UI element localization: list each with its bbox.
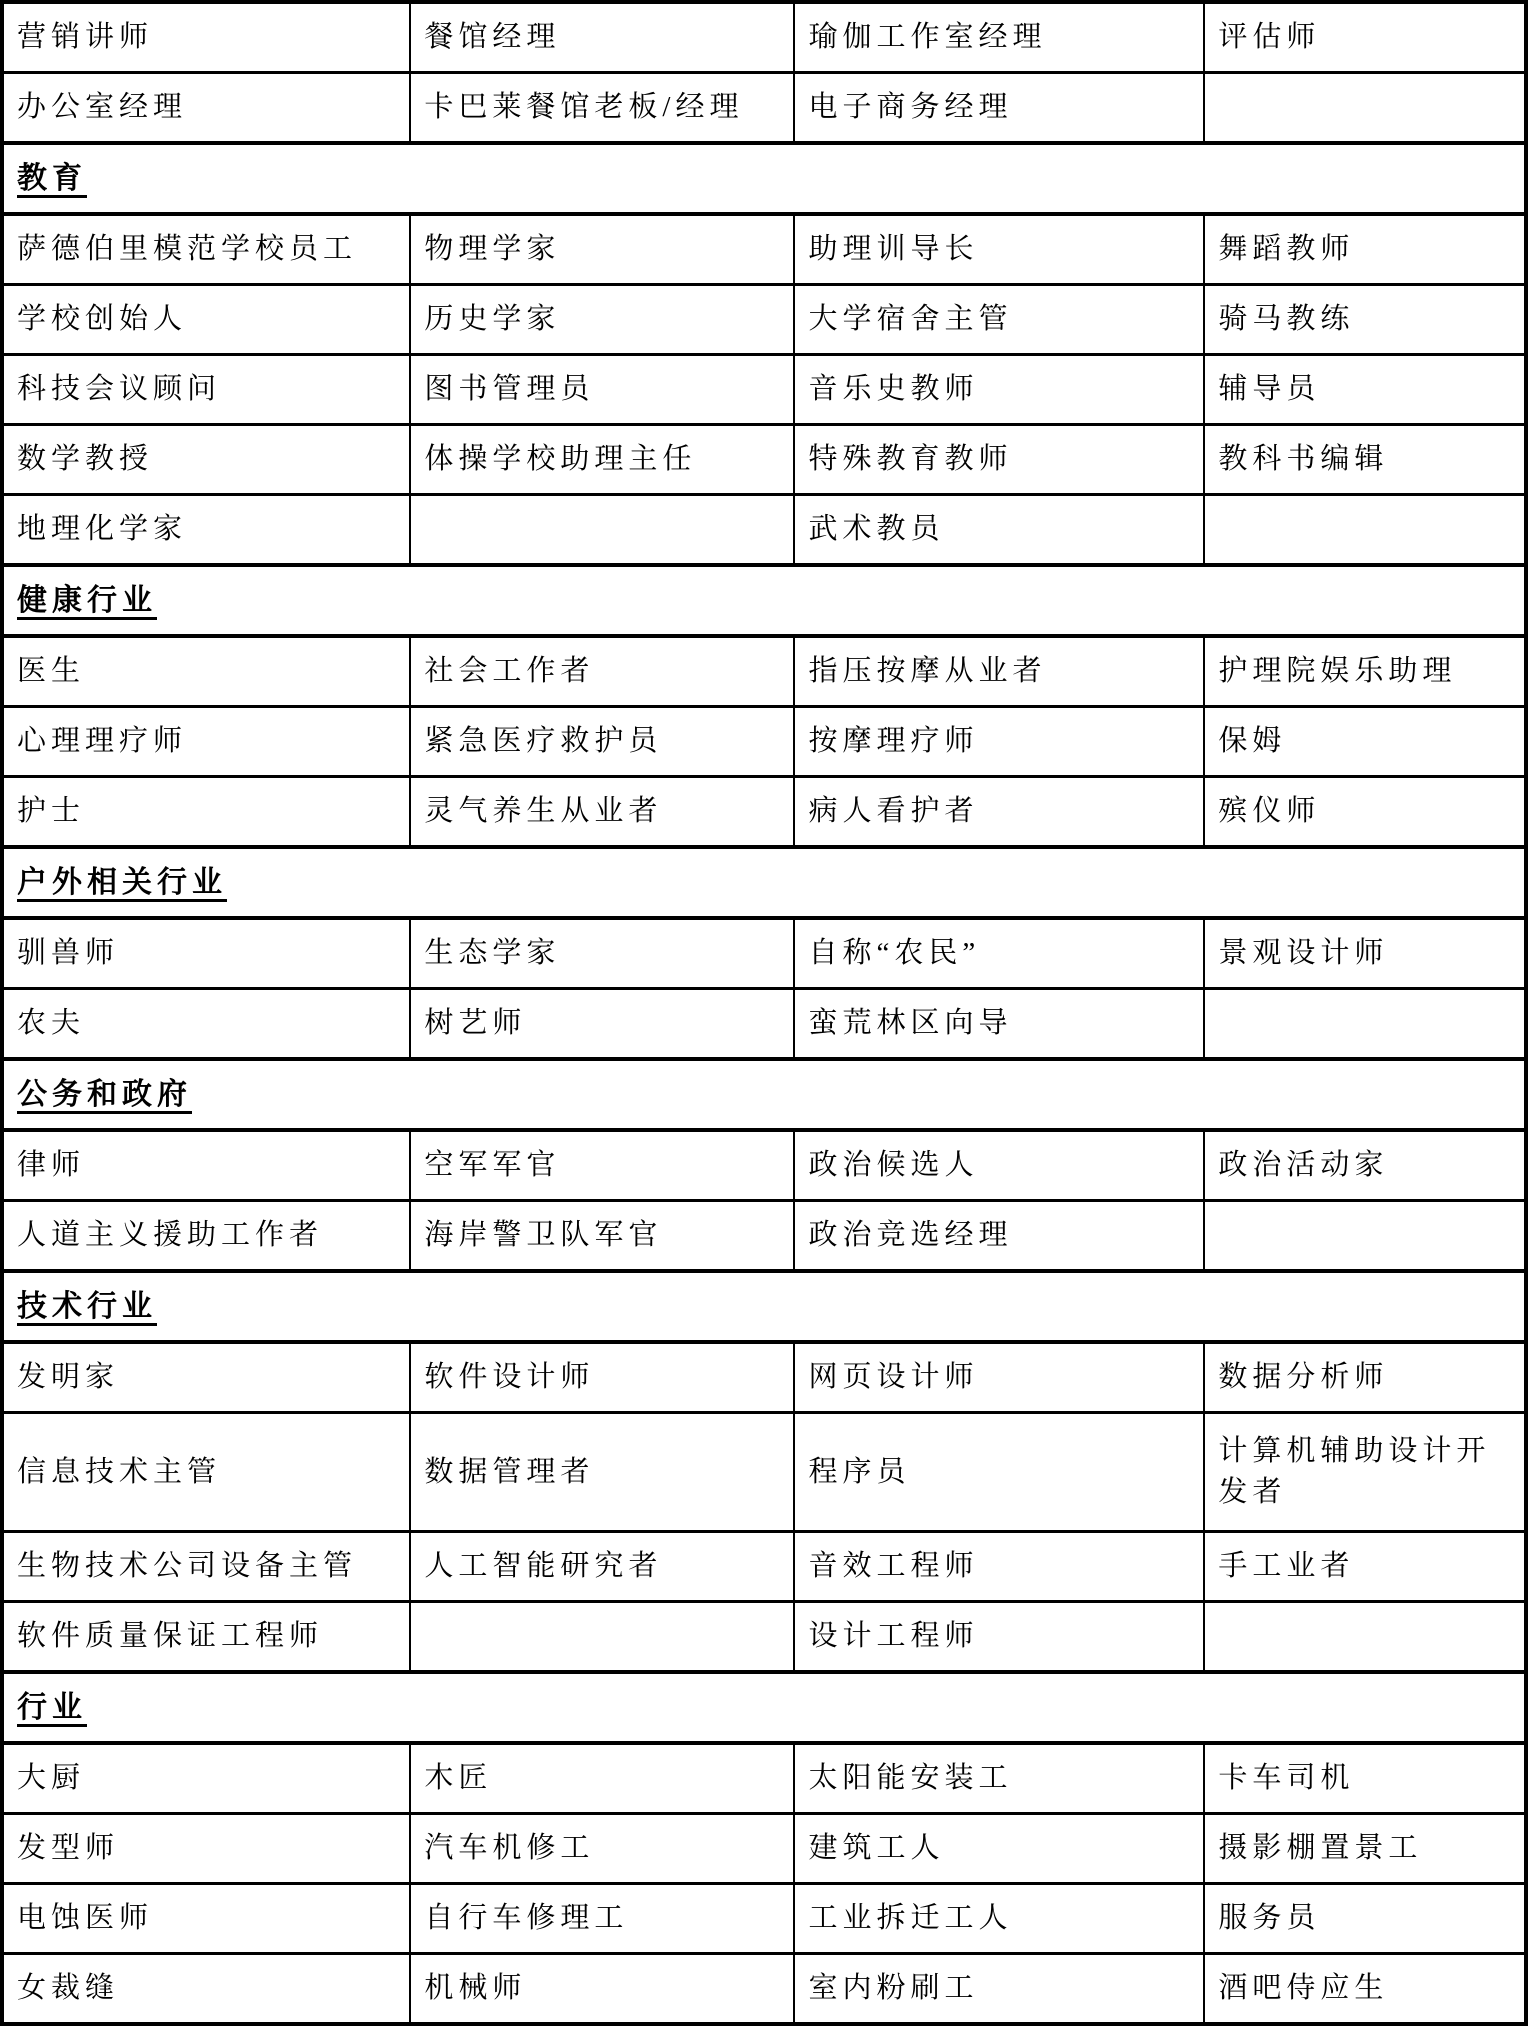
occupation-cell: 教科书编辑 [1204,425,1526,495]
occupation-cell: 自行车修理工 [410,1884,794,1954]
occupation-cell: 软件质量保证工程师 [2,1602,410,1673]
occupation-cell: 生物技术公司设备主管 [2,1532,410,1602]
occupation-cell: 紧急医疗救护员 [410,707,794,777]
occupation-cell: 护理院娱乐助理 [1204,636,1526,707]
occupation-cell: 武术教员 [794,495,1204,566]
table-row: 数学教授体操学校助理主任特殊教育教师教科书编辑 [2,425,1526,495]
occupation-cell: 科技会议顾问 [2,355,410,425]
occupation-cell [410,495,794,566]
occupation-cell: 汽车机修工 [410,1814,794,1884]
section-title: 技术行业 [17,1290,157,1323]
occupation-cell: 地理化学家 [2,495,410,566]
occupation-cell: 大厨 [2,1743,410,1814]
occupation-cell: 辅导员 [1204,355,1526,425]
occupation-cell: 发明家 [2,1342,410,1413]
occupation-cell: 手工业者 [1204,1532,1526,1602]
occupation-cell: 大学宿舍主管 [794,285,1204,355]
occupation-cell [1204,73,1526,144]
occupation-cell: 机械师 [410,1954,794,2025]
occupation-cell: 音效工程师 [794,1532,1204,1602]
table-row: 营销讲师餐馆经理瑜伽工作室经理评估师 [2,2,1526,73]
occupation-cell: 驯兽师 [2,918,410,989]
section-title: 教育 [17,162,87,195]
table-row: 律师空军军官政治候选人政治活动家 [2,1130,1526,1201]
occupation-cell: 景观设计师 [1204,918,1526,989]
occupation-cell: 电蚀医师 [2,1884,410,1954]
occupation-cell: 程序员 [794,1413,1204,1532]
occupation-cell: 太阳能安装工 [794,1743,1204,1814]
occupation-cell: 蛮荒林区向导 [794,989,1204,1060]
occupation-cell [1204,495,1526,566]
occupation-cell: 发型师 [2,1814,410,1884]
occupation-cell: 护士 [2,777,410,848]
occupation-cell [410,1602,794,1673]
table-row: 心理理疗师紧急医疗救护员按摩理疗师保姆 [2,707,1526,777]
occupation-cell: 营销讲师 [2,2,410,73]
table-row: 科技会议顾问图书管理员音乐史教师辅导员 [2,355,1526,425]
occupation-cell: 生态学家 [410,918,794,989]
occupation-cell: 指压按摩从业者 [794,636,1204,707]
occupation-cell: 自称“农民” [794,918,1204,989]
occupation-cell: 人工智能研究者 [410,1532,794,1602]
section-row: 健康行业 [2,565,1526,636]
occupation-cell: 海岸警卫队军官 [410,1201,794,1272]
section-header-cell: 技术行业 [2,1271,1526,1342]
section-header-cell: 行业 [2,1672,1526,1743]
occupation-cell: 社会工作者 [410,636,794,707]
occupation-cell: 空军军官 [410,1130,794,1201]
occupation-cell: 女裁缝 [2,1954,410,2025]
occupation-cell: 助理训导长 [794,214,1204,285]
section-row: 教育 [2,143,1526,214]
occupation-cell: 数据分析师 [1204,1342,1526,1413]
occupation-cell: 骑马教练 [1204,285,1526,355]
occupations-table: 营销讲师餐馆经理瑜伽工作室经理评估师办公室经理卡巴莱餐馆老板/经理电子商务经理教… [0,0,1528,2026]
occupation-cell: 瑜伽工作室经理 [794,2,1204,73]
table-row: 发型师汽车机修工建筑工人摄影棚置景工 [2,1814,1526,1884]
occupation-cell: 工业拆迁工人 [794,1884,1204,1954]
occupation-cell: 餐馆经理 [410,2,794,73]
section-row: 技术行业 [2,1271,1526,1342]
table-row: 护士灵气养生从业者病人看护者殡仪师 [2,777,1526,848]
occupation-cell: 学校创始人 [2,285,410,355]
table-row: 大厨木匠太阳能安装工卡车司机 [2,1743,1526,1814]
occupation-cell: 卡车司机 [1204,1743,1526,1814]
occupation-cell: 图书管理员 [410,355,794,425]
occupation-cell [1204,989,1526,1060]
section-title: 公务和政府 [17,1078,192,1111]
section-header-cell: 户外相关行业 [2,847,1526,918]
occupation-cell: 人道主义援助工作者 [2,1201,410,1272]
occupation-cell: 电子商务经理 [794,73,1204,144]
occupation-cell: 保姆 [1204,707,1526,777]
occupation-cell: 建筑工人 [794,1814,1204,1884]
occupation-cell: 酒吧侍应生 [1204,1954,1526,2025]
table-row: 学校创始人历史学家大学宿舍主管骑马教练 [2,285,1526,355]
occupation-cell: 木匠 [410,1743,794,1814]
occupation-cell: 特殊教育教师 [794,425,1204,495]
occupation-cell: 历史学家 [410,285,794,355]
occupation-cell: 数据管理者 [410,1413,794,1532]
occupation-cell: 病人看护者 [794,777,1204,848]
table-row: 软件质量保证工程师设计工程师 [2,1602,1526,1673]
occupation-cell: 律师 [2,1130,410,1201]
occupations-table-body: 营销讲师餐馆经理瑜伽工作室经理评估师办公室经理卡巴莱餐馆老板/经理电子商务经理教… [2,2,1526,2024]
section-header-cell: 健康行业 [2,565,1526,636]
occupation-cell: 设计工程师 [794,1602,1204,1673]
occupation-cell: 音乐史教师 [794,355,1204,425]
occupation-cell: 殡仪师 [1204,777,1526,848]
table-row: 人道主义援助工作者海岸警卫队军官政治竞选经理 [2,1201,1526,1272]
occupation-cell: 网页设计师 [794,1342,1204,1413]
occupation-cell: 物理学家 [410,214,794,285]
occupation-cell [1204,1201,1526,1272]
table-row: 萨德伯里模范学校员工物理学家助理训导长舞蹈教师 [2,214,1526,285]
occupation-cell: 评估师 [1204,2,1526,73]
table-row: 驯兽师生态学家自称“农民”景观设计师 [2,918,1526,989]
occupation-cell: 数学教授 [2,425,410,495]
occupation-cell: 软件设计师 [410,1342,794,1413]
occupation-cell: 树艺师 [410,989,794,1060]
occupation-cell: 灵气养生从业者 [410,777,794,848]
occupation-cell: 医生 [2,636,410,707]
section-title: 健康行业 [17,584,157,617]
occupation-cell: 心理理疗师 [2,707,410,777]
occupation-cell: 体操学校助理主任 [410,425,794,495]
occupation-cell: 室内粉刷工 [794,1954,1204,2025]
section-row: 户外相关行业 [2,847,1526,918]
table-row: 电蚀医师自行车修理工工业拆迁工人服务员 [2,1884,1526,1954]
occupation-cell: 服务员 [1204,1884,1526,1954]
table-row: 女裁缝机械师室内粉刷工酒吧侍应生 [2,1954,1526,2025]
table-row: 农夫树艺师蛮荒林区向导 [2,989,1526,1060]
section-header-cell: 教育 [2,143,1526,214]
occupation-cell: 政治竞选经理 [794,1201,1204,1272]
table-row: 信息技术主管数据管理者程序员计算机辅助设计开发者 [2,1413,1526,1532]
section-row: 公务和政府 [2,1059,1526,1130]
occupation-cell: 农夫 [2,989,410,1060]
section-title: 户外相关行业 [17,866,227,899]
table-row: 发明家软件设计师网页设计师数据分析师 [2,1342,1526,1413]
table-row: 生物技术公司设备主管人工智能研究者音效工程师手工业者 [2,1532,1526,1602]
occupation-cell: 计算机辅助设计开发者 [1204,1413,1526,1532]
occupation-cell: 办公室经理 [2,73,410,144]
occupation-cell: 政治候选人 [794,1130,1204,1201]
table-row: 地理化学家武术教员 [2,495,1526,566]
occupation-cell: 按摩理疗师 [794,707,1204,777]
occupation-cell: 信息技术主管 [2,1413,410,1532]
table-row: 办公室经理卡巴莱餐馆老板/经理电子商务经理 [2,73,1526,144]
occupation-cell [1204,1602,1526,1673]
occupation-cell: 政治活动家 [1204,1130,1526,1201]
section-row: 行业 [2,1672,1526,1743]
occupation-cell: 萨德伯里模范学校员工 [2,214,410,285]
occupation-cell: 舞蹈教师 [1204,214,1526,285]
table-row: 医生社会工作者指压按摩从业者护理院娱乐助理 [2,636,1526,707]
section-header-cell: 公务和政府 [2,1059,1526,1130]
occupation-cell: 摄影棚置景工 [1204,1814,1526,1884]
section-title: 行业 [17,1691,87,1724]
occupation-cell: 卡巴莱餐馆老板/经理 [410,73,794,144]
